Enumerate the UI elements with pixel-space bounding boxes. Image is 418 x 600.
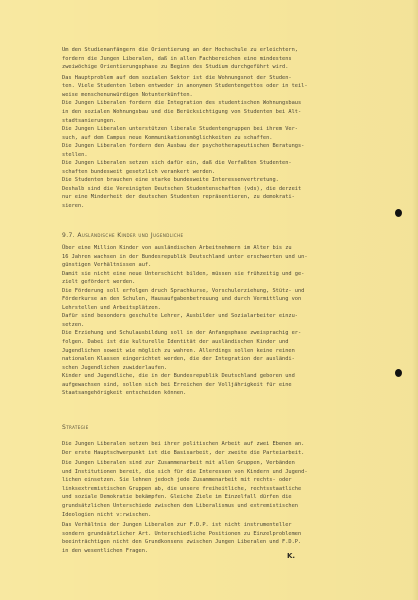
paragraph-strategy-levels: Die Jungen Liberalen setzen bei ihrer po… (62, 440, 362, 457)
paragraph-strategy-cooperation: Die Jungen Liberalen sind zur Zusammenar… (62, 459, 362, 519)
document-page: Um den Studienanfängern die Orientierung… (0, 0, 418, 600)
intro-text-block: Um den Studienanfängern die Orientierung… (62, 46, 362, 211)
punch-hole-mark-bottom (395, 369, 402, 377)
strategy-text-block: Die Jungen Liberalen setzen bei ihrer po… (62, 440, 362, 555)
paragraph-housing: Das Hauptproblem auf dem sozialen Sektor… (62, 74, 362, 211)
foreign-children-text-block: Über eine Million Kinder von ausländisch… (62, 244, 362, 398)
section-heading-foreign-children: 9.7. Ausländische Kinder und Jugendliche (62, 232, 183, 239)
paragraph-foreign-children: Über eine Million Kinder von ausländisch… (62, 244, 362, 398)
margin-initial-mark: K. (287, 552, 295, 560)
section-heading-strategy: Strategie (62, 424, 89, 431)
punch-hole-mark-top (395, 209, 402, 217)
page-edge-shadow (412, 0, 418, 600)
paragraph-strategy-fdp: Das Verhältnis der Jungen Liberalen zur … (62, 521, 362, 555)
paragraph-orientation: Um den Studienanfängern die Orientierung… (62, 46, 362, 72)
